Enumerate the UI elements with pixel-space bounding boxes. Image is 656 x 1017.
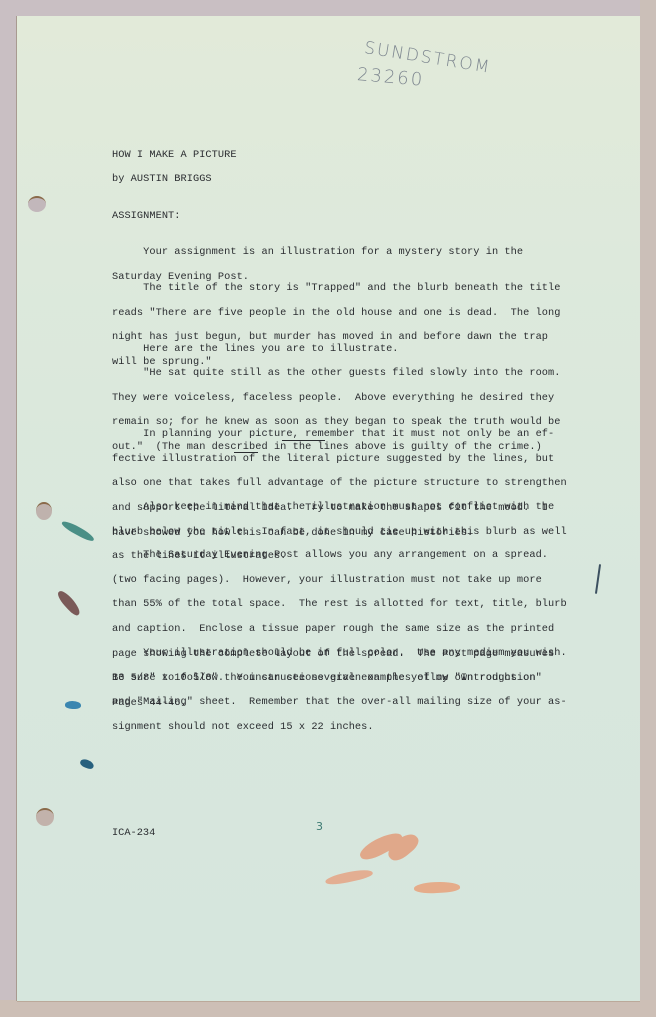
- background-bottom: [0, 1000, 656, 1017]
- paragraph-line: and caption. Enclose a tissue paper roug…: [112, 623, 567, 635]
- underline-literal: [282, 440, 325, 441]
- paragraph-line: "He sat quite still as the other guests …: [112, 367, 561, 379]
- pencil-mark: 3: [316, 820, 323, 833]
- section-heading: ASSIGNMENT:: [112, 210, 181, 222]
- underline-full: [234, 452, 258, 453]
- document-title: HOW I MAKE A PICTURE: [112, 149, 237, 161]
- paragraph-line: Your illustration should be in full colo…: [112, 647, 567, 659]
- paragraph-line: They were voiceless, faceless people. Ab…: [112, 392, 561, 404]
- punch-hole-bottom: [36, 808, 54, 826]
- paragraph-line: signment should not exceed 15 x 22 inche…: [112, 721, 567, 733]
- paragraph-line: than 55% of the total space. The rest is…: [112, 598, 567, 610]
- paint-smudge-blue-1: [65, 701, 81, 709]
- paragraph-line: In planning your picture, remember that …: [112, 428, 567, 440]
- footer-code: ICA-234: [112, 827, 155, 839]
- paragraph-line: fective illustration of the literal pict…: [112, 453, 567, 465]
- paragraph-line: reads "There are five people in the old …: [112, 307, 561, 319]
- paragraph-line: Here are the lines you are to illustrate…: [112, 343, 399, 355]
- paragraph-line: also one that takes full advantage of th…: [112, 477, 567, 489]
- document-byline: by AUSTIN BRIGGS: [112, 173, 212, 185]
- paragraph-line: Your assignment is an illustration for a…: [112, 246, 523, 258]
- paragraph-line: Also keep in mind that the illustration …: [112, 501, 567, 513]
- punch-hole-middle: [36, 502, 52, 520]
- paragraph-line: and "Mailing" sheet. Remember that the o…: [112, 696, 567, 708]
- paragraph-line: Be sure to follow the instructions given…: [112, 672, 567, 684]
- punch-hole-top: [28, 196, 46, 212]
- paragraph-line: The Saturday Evening Post allows you any…: [112, 549, 567, 561]
- background-right: [640, 0, 656, 1017]
- paragraph-line: The title of the story is "Trapped" and …: [112, 282, 561, 294]
- paragraph-8: Your illustration should be in full colo…: [112, 635, 567, 746]
- paragraph-line: (two facing pages). However, your illust…: [112, 574, 567, 586]
